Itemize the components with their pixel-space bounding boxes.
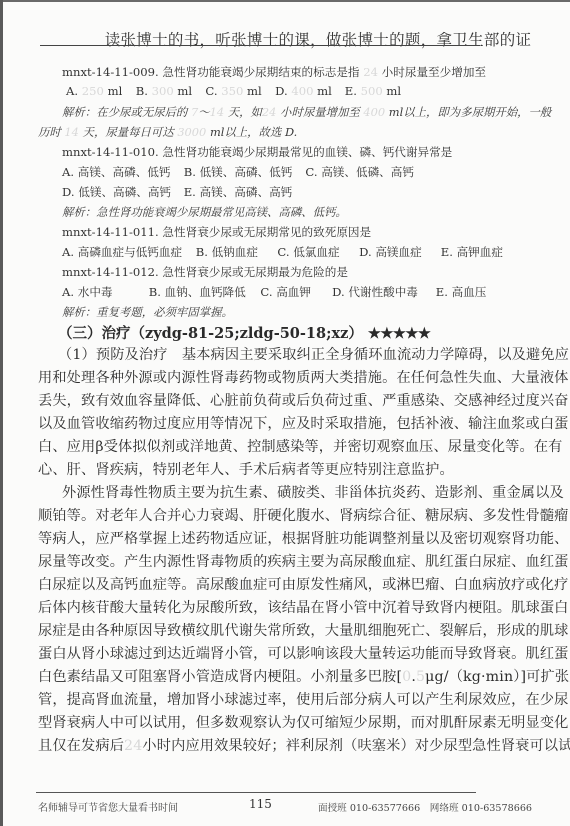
- paragraph-line: 蛋白从肾小球滤过到达近端肾小管，可以影响该段大量转运功能而导致肾衰。肌红蛋: [38, 643, 569, 663]
- option-c: C. 高镁、低磷、高钙: [305, 164, 414, 180]
- paragraph-line: 丢失，致有效血容量降低、心脏前负荷或后负荷过重、严重感染、交感神经过度兴奋: [38, 390, 569, 410]
- option-d: D. 代谢性酸中毒: [332, 284, 432, 300]
- question-010-analysis: 解析：急性肾功能衰竭少尿期最常见高镁、高磷、低钙。: [62, 204, 347, 220]
- option-b: B. 血钠、血钙降低: [149, 284, 257, 300]
- option-a: A. 高镁、高磷、低钙: [62, 164, 180, 180]
- paragraph-line: 白、应用β受体拟似剂或洋地黄、控制感染等，并密切观察血压、尿量变化等。在有: [38, 436, 563, 456]
- paragraph-line: 心、肝、肾疾病，特别老年人、手术后病者等更应特别注意监护。: [38, 459, 454, 479]
- question-010-options-row2: D. 低镁、高磷、高钙 E. 高镁、高磷、高钙: [62, 184, 292, 200]
- section-heading: （三）治疗（zydg-81-25;zldg-50-18;xz） ★★★★★: [58, 322, 430, 343]
- paragraph-line: 外源性肾毒性物质主要为抗生素、磺胺类、非甾体抗炎药、造影剂、重金属以及: [62, 482, 564, 502]
- paragraph-line: 以及血管收缩药物过度应用等情况下，应及时采取措施，包括补液、输注血浆或白蛋: [38, 413, 569, 433]
- option-e: E. 高血压: [436, 284, 487, 300]
- question-010-stem: mnxt-14-11-010. 急性肾功能衰竭少尿期最常见的血镁、磷、钙代谢异常…: [62, 144, 452, 160]
- paragraph-line: 尿症是由各种原因导致横纹肌代谢失常所致，大量肌细胞死亡、裂解后，形成的肌球: [38, 620, 569, 640]
- question-009-analysis-line1: 解析：在少尿或无尿后的 7～14 天，如24 小时尿量增加至 400 ml以上，…: [62, 104, 551, 120]
- scan-border-left: [0, 0, 3, 826]
- option-b: B. 300 ml: [136, 84, 202, 98]
- option-c: C. 低氯血症: [277, 244, 355, 260]
- paragraph-line-dopamine: 白色素结晶又可阻塞肾小管造成肾内梗阻。小剂量多巴胺[0.5μg/（kg·min）…: [38, 666, 570, 686]
- option-e: E. 高钾血症: [441, 244, 503, 260]
- option-b: B. 低镁、高磷、低钙: [184, 164, 302, 180]
- paragraph-line: （1）预防及治疗 基本病因主要采取纠正全身循环血流动力学障碍，以及避免应: [58, 344, 569, 364]
- section-title: （三）治疗（zydg-81-25;zldg-50-18;xz）: [58, 325, 363, 342]
- option-e: E. 500 ml: [345, 84, 411, 98]
- paragraph-line: 白尿症以及高钙血症等。高尿酸血症可由原发性痛风，或淋巴瘤、白血病放疗或化疗: [38, 574, 569, 594]
- option-a: A. 水中毒: [62, 284, 145, 300]
- option-d: D. 低镁、高磷、高钙: [62, 184, 180, 200]
- option-b: B. 低钠血症: [196, 244, 274, 260]
- question-stem-tail: 小时尿量至少增加至: [382, 65, 486, 79]
- question-012-options: A. 水中毒 B. 血钠、血钙降低 C. 高血钾 D. 代谢性酸中毒 E. 高血…: [62, 284, 486, 300]
- question-009-analysis-line2: 历时 14 天，尿量每日可达 3000 ml以上，故选 D.: [38, 124, 297, 140]
- paragraph-line: 管，提高肾血流量，增加肾小球滤过率，使用后部分病人可以产生利尿效应，在少尿: [38, 689, 569, 709]
- footer-slogan: 名师辅导可节省您大量看书时间: [38, 799, 178, 814]
- question-012-stem: mnxt-14-11-012. 急性肾衰少尿或无尿期最为危险的是: [62, 264, 348, 280]
- header-title: 读张博士的书，听张博士的课，做张博士的题，拿卫生部的证: [105, 31, 532, 49]
- question-010-options-row1: A. 高镁、高磷、低钙 B. 低镁、高磷、低钙 C. 高镁、低磷、高钙: [62, 164, 414, 180]
- option-d: D. 400 ml: [275, 84, 341, 98]
- question-id: mnxt-14-11-009.: [62, 65, 159, 79]
- book-page: 读张博士的书，听张博士的课，做张博士的题，拿卫生部的证 mnxt-14-11-0…: [0, 0, 570, 826]
- paragraph-line-hours: 且仅在发病后24小时内应用效果较好；袢利尿剂（呋塞米）对少尿型急性肾衰可以试: [38, 735, 570, 755]
- question-009-options: A. 250 ml B. 300 ml C. 350 ml D. 400 ml …: [66, 84, 411, 98]
- option-e: E. 高镁、高磷、高钙: [184, 184, 293, 200]
- option-a: A. 高磷血症与低钙血症: [62, 244, 192, 260]
- scan-border-top: [0, 0, 570, 2]
- footer-rule: [36, 792, 476, 793]
- option-a: A. 250 ml: [66, 84, 132, 98]
- footer-contact: 面授班 010-63577666 网络班 010-63578666: [318, 800, 532, 814]
- option-d: D. 高镁血症: [359, 244, 437, 260]
- question-011-stem: mnxt-14-11-011. 急性肾衰少尿或无尿期常见的致死原因是: [62, 224, 371, 240]
- faded-number: 24: [363, 65, 378, 79]
- star-rating-icon: ★★★★★: [368, 325, 431, 342]
- question-011-options: A. 高磷血症与低钙血症 B. 低钠血症 C. 低氯血症 D. 高镁血症 E. …: [62, 244, 503, 260]
- question-stem: 急性肾功能衰竭少尿期结束的标志是指: [162, 65, 359, 79]
- paragraph-line: 后体内核苷酸大量转化为尿酸所致，该结晶在肾小管中沉着导致肾内梗阻。肌球蛋白: [38, 597, 569, 617]
- paragraph-line: 顺铂等。对老年人合并心力衰竭、肝硬化腹水、肾病综合征、糖尿病、多发性骨髓瘤: [38, 505, 569, 525]
- page-number: 115: [249, 797, 272, 811]
- paragraph-line: 尿量等改变。产生内源性肾毒物质的疾病主要为高尿酸血症、肌红蛋白尿症、血红蛋: [38, 551, 569, 571]
- question-009-stem: mnxt-14-11-009. 急性肾功能衰竭少尿期结束的标志是指 24 小时尿…: [62, 64, 486, 80]
- header-rule: [40, 45, 480, 46]
- paragraph-line: 型肾衰病人中可以试用，但多数观察认为仅可缩短少尿期，而对肌酐尿素无明显变化: [38, 712, 569, 732]
- option-c: C. 350 ml: [205, 84, 271, 98]
- paragraph-line: 用和处理各种外源或内源性肾毒药物或物质两大类措施。在任何急性失血、大量液体: [38, 367, 569, 387]
- paragraph-line: 等病人，应严格掌握上述药物适应证，根据肾脏功能调整剂量以及密切观察肾功能、: [38, 528, 569, 548]
- option-c: C. 高血钾: [260, 284, 328, 300]
- question-012-analysis: 解析：重复考题，必须牢固掌握。: [62, 304, 233, 320]
